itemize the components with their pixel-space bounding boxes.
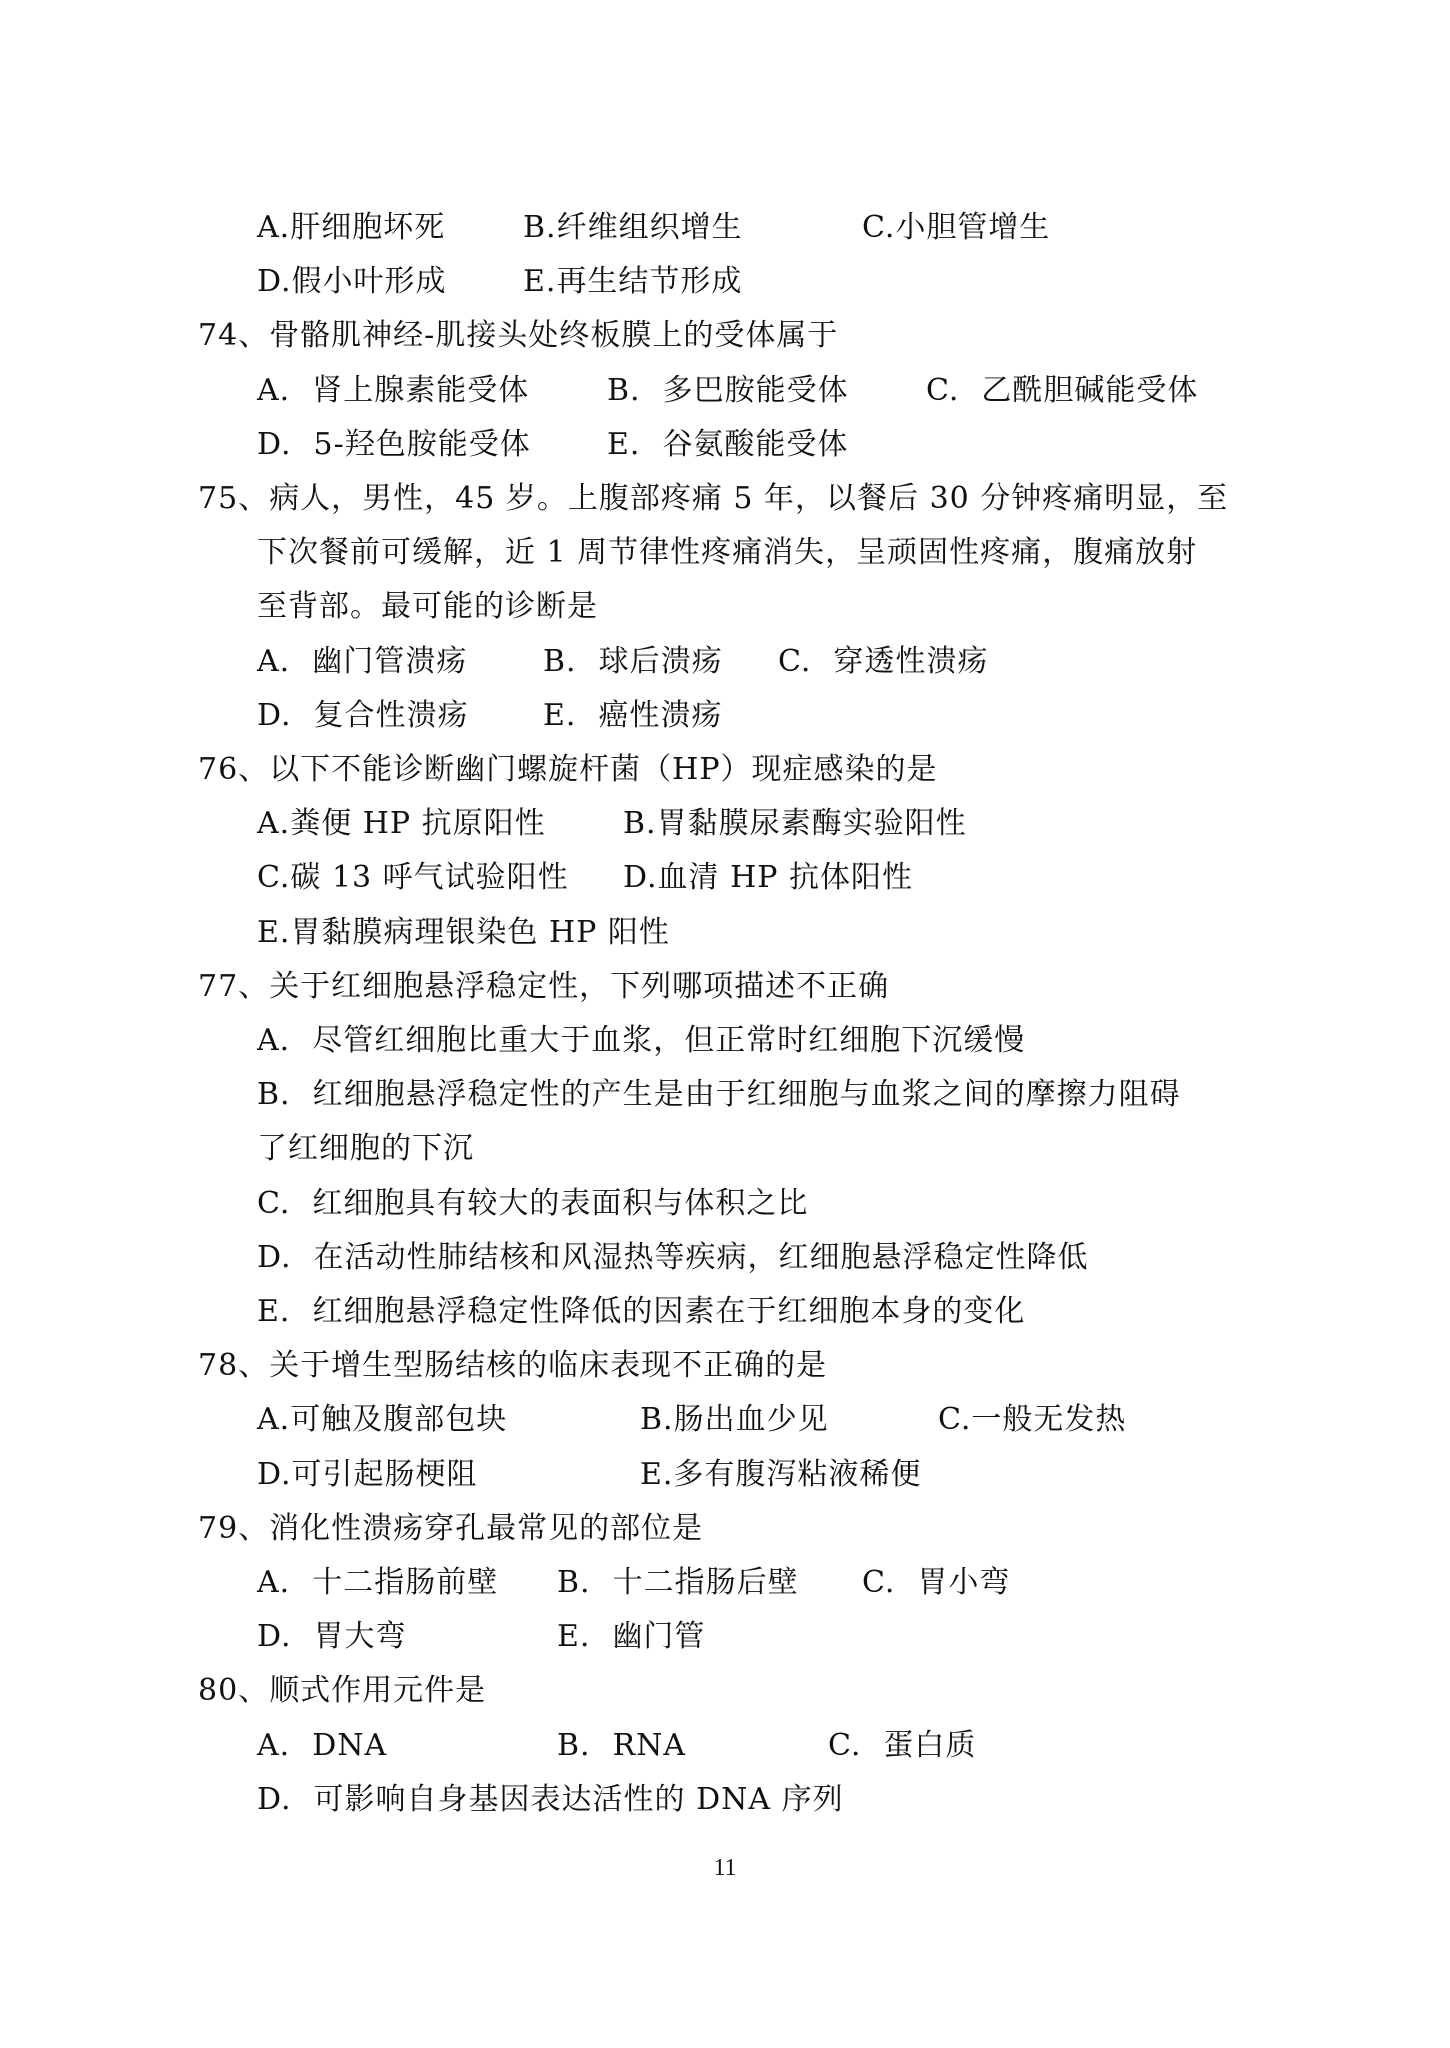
answer-option-d: D.在活动性肺结核和风湿热等疾病，红细胞悬浮稳定性降低 <box>257 1238 1089 1278</box>
question-text: 关于红细胞悬浮稳定性，下列哪项描述不正确 <box>269 969 889 1004</box>
option-label: D. <box>257 1238 292 1278</box>
option-text: 粪便 HP 抗原阳性 <box>290 806 545 841</box>
answer-option-e: E.胃黏膜病理银染色 HP 阳性 <box>257 913 670 953</box>
option-label: D. <box>257 1780 292 1820</box>
option-text: 小胆管增生 <box>895 210 1050 245</box>
options-row: C.碳 13 呼气试验阳性D.血清 HP 抗体阳性 <box>0 858 1450 898</box>
question-number: 77、 <box>198 969 269 1004</box>
options-row: A.肝细胞坏死B.纤维组织增生C.小胆管增生 <box>0 208 1450 248</box>
option-label: A. <box>257 208 290 248</box>
options-row: D.复合性溃疡E.癌性溃疡 <box>0 696 1450 736</box>
option-label: E. <box>257 1292 290 1332</box>
option-text: 十二指肠后壁 <box>613 1565 799 1600</box>
option-label: A. <box>257 804 290 844</box>
option-label: B. <box>557 1563 591 1603</box>
option-label: C. <box>828 1726 861 1766</box>
options-row: A.DNAB.RNAC.蛋白质 <box>0 1726 1450 1766</box>
question-number: 80、 <box>198 1673 269 1708</box>
answer-option-d: D.可影响自身基因表达活性的 DNA 序列 <box>257 1780 844 1820</box>
option-label: E. <box>257 913 290 953</box>
question-stem: 80、顺式作用元件是 <box>198 1671 486 1711</box>
answer-option-c: C.小胆管增生 <box>862 208 1050 248</box>
option-text: 再生结节形成 <box>556 264 742 299</box>
option-text: 胃大弯 <box>314 1619 407 1654</box>
option-label: B. <box>557 1726 591 1766</box>
question-text: 顺式作用元件是 <box>269 1673 486 1708</box>
option-text: 复合性溃疡 <box>314 698 469 733</box>
answer-option-a: A.幽门管溃疡 <box>257 642 467 682</box>
question-number: 76、 <box>198 752 269 787</box>
option-label: B. <box>640 1400 674 1440</box>
option-text: 碳 13 呼气试验阳性 <box>290 860 568 895</box>
answer-option-a: A.DNA <box>257 1726 387 1766</box>
option-text: 多巴胺能受体 <box>663 373 849 408</box>
option-text: 球后溃疡 <box>599 644 723 679</box>
option-label: E. <box>640 1455 673 1495</box>
option-label: B. <box>543 642 577 682</box>
answer-option-c: C.胃小弯 <box>862 1563 1010 1603</box>
option-text: 红细胞具有较大的表面积与体积之比 <box>312 1186 808 1221</box>
answer-option-b: B.十二指肠后壁 <box>557 1563 799 1603</box>
options-row: A.可触及腹部包块B.肠出血少见C.一般无发热 <box>0 1400 1450 1440</box>
answer-option-a: A.十二指肠前壁 <box>257 1563 498 1603</box>
option-text: 血清 HP 抗体阳性 <box>658 860 913 895</box>
options-row: D.胃大弯E.幽门管 <box>0 1617 1450 1657</box>
question-stem: 79、消化性溃疡穿孔最常见的部位是 <box>198 1509 703 1549</box>
question-text: 下次餐前可缓解，近 1 周节律性疼痛消失，呈顽固性疼痛，腹痛放射 <box>257 535 1197 570</box>
options-row: E.红细胞悬浮稳定性降低的因素在于红细胞本身的变化 <box>0 1292 1450 1332</box>
answer-option-e: E.幽门管 <box>557 1617 705 1657</box>
option-label: B. <box>623 804 657 844</box>
question-text: 骨骼肌神经-肌接头处终板膜上的受体属于 <box>269 318 838 353</box>
option-text: RNA <box>613 1728 687 1763</box>
option-label: C. <box>926 371 959 411</box>
options-row: A.粪便 HP 抗原阳性B.胃黏膜尿素酶实验阳性 <box>0 804 1450 844</box>
option-label: B. <box>607 371 641 411</box>
option-text: 乙酰胆碱能受体 <box>981 373 1198 408</box>
exam-page: 11 A.肝细胞坏死B.纤维组织增生C.小胆管增生D.假小叶形成E.再生结节形成… <box>0 0 1450 2048</box>
option-text: 蛋白质 <box>883 1728 976 1763</box>
option-text: 胃黏膜病理银染色 HP 阳性 <box>290 915 669 950</box>
option-text: 癌性溃疡 <box>598 698 722 733</box>
answer-option-b: B.球后溃疡 <box>543 642 723 682</box>
option-text: 幽门管溃疡 <box>312 644 467 679</box>
options-row: D.在活动性肺结核和风湿热等疾病，红细胞悬浮稳定性降低 <box>0 1238 1450 1278</box>
option-label: D. <box>257 696 292 736</box>
option-text: 多有腹泻粘液稀便 <box>673 1457 921 1492</box>
answer-option-b: B.肠出血少见 <box>640 1400 829 1440</box>
answer-option-a: A.尽管红细胞比重大于血浆，但正常时红细胞下沉缓慢 <box>257 1021 1025 1061</box>
option-label: A. <box>257 1400 290 1440</box>
option-label: E. <box>557 1617 590 1657</box>
question-text: 以下不能诊断幽门螺旋杆菌（HP）现症感染的是 <box>269 752 937 787</box>
answer-option-a: A.粪便 HP 抗原阳性 <box>257 804 546 844</box>
option-text: 穿透性溃疡 <box>833 644 988 679</box>
option-label: D. <box>257 262 292 302</box>
options-row: C.红细胞具有较大的表面积与体积之比 <box>0 1184 1450 1224</box>
option-label: D. <box>257 1617 292 1657</box>
answer-option-d: D.胃大弯 <box>257 1617 407 1657</box>
option-text: 尽管红细胞比重大于血浆，但正常时红细胞下沉缓慢 <box>312 1023 1025 1058</box>
question-stem: 78、关于增生型肠结核的临床表现不正确的是 <box>198 1346 827 1386</box>
answer-option-b: B.红细胞悬浮稳定性的产生是由于红细胞与血浆之间的摩擦力阻碍 <box>257 1075 1181 1115</box>
options-row: D.可影响自身基因表达活性的 DNA 序列 <box>0 1780 1450 1820</box>
answer-option-c: C.红细胞具有较大的表面积与体积之比 <box>257 1184 808 1224</box>
answer-option-e: E.多有腹泻粘液稀便 <box>640 1455 921 1495</box>
answer-option-d: D.5-羟色胺能受体 <box>257 425 531 465</box>
option-text: DNA <box>312 1728 387 1763</box>
answer-option-b: B.纤维组织增生 <box>523 208 743 248</box>
options-row: A.肾上腺素能受体B.多巴胺能受体C.乙酰胆碱能受体 <box>0 371 1450 411</box>
question-stem: 75、病人，男性，45 岁。上腹部疼痛 5 年，以餐后 30 分钟疼痛明显，至 <box>198 479 1228 519</box>
answer-option-c: C.穿透性溃疡 <box>778 642 988 682</box>
option-label: E. <box>543 696 576 736</box>
option-label: E. <box>607 425 640 465</box>
options-row: A.十二指肠前壁B.十二指肠后壁C.胃小弯 <box>0 1563 1450 1603</box>
answer-option-a: A.可触及腹部包块 <box>257 1400 507 1440</box>
answer-option-d: D.复合性溃疡 <box>257 696 469 736</box>
answer-option-d: D.血清 HP 抗体阳性 <box>623 858 913 898</box>
option-text: 一般无发热 <box>971 1402 1126 1437</box>
option-text: 肝细胞坏死 <box>290 210 445 245</box>
option-text: 红细胞悬浮稳定性的产生是由于红细胞与血浆之间的摩擦力阻碍 <box>313 1077 1181 1112</box>
option-label: C. <box>938 1400 971 1440</box>
option-text: 幽门管 <box>612 1619 705 1654</box>
answer-option-e: E.癌性溃疡 <box>543 696 722 736</box>
option-text: 胃黏膜尿素酶实验阳性 <box>657 806 967 841</box>
option-label: A. <box>257 371 290 411</box>
option-label: C. <box>257 1184 290 1224</box>
option-label: C. <box>862 1563 895 1603</box>
option-label: A. <box>257 1021 290 1061</box>
option-text: 可引起肠梗阻 <box>292 1457 478 1492</box>
option-label: C. <box>257 858 290 898</box>
option-text: 胃小弯 <box>917 1565 1010 1600</box>
option-label: B. <box>257 1075 291 1115</box>
option-label: D. <box>623 858 658 898</box>
question-stem: 74、骨骼肌神经-肌接头处终板膜上的受体属于 <box>198 316 838 356</box>
option-text: 可影响自身基因表达活性的 DNA 序列 <box>314 1782 844 1817</box>
answer-option-c: C.乙酰胆碱能受体 <box>926 371 1198 411</box>
question-number: 75、 <box>198 481 269 516</box>
option-text: 十二指肠前壁 <box>312 1565 498 1600</box>
answer-option-a: A.肝细胞坏死 <box>257 208 445 248</box>
option-text: 肠出血少见 <box>674 1402 829 1437</box>
answer-option-b: B.RNA <box>557 1726 686 1766</box>
question-number: 79、 <box>198 1511 269 1546</box>
answer-option-b: B.多巴胺能受体 <box>607 371 849 411</box>
answer-option-d: D.可引起肠梗阻 <box>257 1455 478 1495</box>
option-label: D. <box>257 425 292 465</box>
question-text: 至背部。最可能的诊断是 <box>257 589 598 624</box>
option-text: 了红细胞的下沉 <box>257 1131 474 1166</box>
option-label: E. <box>523 262 556 302</box>
question-stem: 76、以下不能诊断幽门螺旋杆菌（HP）现症感染的是 <box>198 750 938 790</box>
option-text: 纤维组织增生 <box>557 210 743 245</box>
option-label: C. <box>862 208 895 248</box>
option-text: 假小叶形成 <box>292 264 447 299</box>
options-row: D.可引起肠梗阻E.多有腹泻粘液稀便 <box>0 1455 1450 1495</box>
question-stem-continuation: 下次餐前可缓解，近 1 周节律性疼痛消失，呈顽固性疼痛，腹痛放射 <box>257 533 1197 573</box>
options-row: D.假小叶形成E.再生结节形成 <box>0 262 1450 302</box>
option-text: 肾上腺素能受体 <box>312 373 529 408</box>
answer-option-c: C.一般无发热 <box>938 1400 1126 1440</box>
answer-option-continuation: 了红细胞的下沉 <box>257 1129 474 1169</box>
option-label: A. <box>257 1563 290 1603</box>
options-row: 了红细胞的下沉 <box>0 1129 1450 1169</box>
option-text: 5-羟色胺能受体 <box>314 427 531 462</box>
answer-option-e: E.谷氨酸能受体 <box>607 425 848 465</box>
answer-option-c: C.蛋白质 <box>828 1726 976 1766</box>
options-row: E.胃黏膜病理银染色 HP 阳性 <box>0 913 1450 953</box>
option-text: 在活动性肺结核和风湿热等疾病，红细胞悬浮稳定性降低 <box>314 1240 1089 1275</box>
answer-option-e: E.再生结节形成 <box>523 262 742 302</box>
page-number: 11 <box>0 1850 1450 1886</box>
question-stem: 77、关于红细胞悬浮稳定性，下列哪项描述不正确 <box>198 967 889 1007</box>
answer-option-e: E.红细胞悬浮稳定性降低的因素在于红细胞本身的变化 <box>257 1292 1025 1332</box>
question-stem-continuation: 至背部。最可能的诊断是 <box>257 587 598 627</box>
option-label: A. <box>257 1726 290 1766</box>
options-row: D.5-羟色胺能受体E.谷氨酸能受体 <box>0 425 1450 465</box>
question-text: 病人，男性，45 岁。上腹部疼痛 5 年，以餐后 30 分钟疼痛明显，至 <box>269 481 1228 516</box>
question-text: 消化性溃疡穿孔最常见的部位是 <box>269 1511 703 1546</box>
option-text: 红细胞悬浮稳定性降低的因素在于红细胞本身的变化 <box>312 1294 1025 1329</box>
question-number: 74、 <box>198 318 269 353</box>
option-label: D. <box>257 1455 292 1495</box>
options-row: B.红细胞悬浮稳定性的产生是由于红细胞与血浆之间的摩擦力阻碍 <box>0 1075 1450 1115</box>
answer-option-c: C.碳 13 呼气试验阳性 <box>257 858 569 898</box>
answer-option-a: A.肾上腺素能受体 <box>257 371 529 411</box>
option-label: A. <box>257 642 290 682</box>
question-number: 78、 <box>198 1348 269 1383</box>
options-row: A.尽管红细胞比重大于血浆，但正常时红细胞下沉缓慢 <box>0 1021 1450 1061</box>
option-text: 可触及腹部包块 <box>290 1402 507 1437</box>
option-label: B. <box>523 208 557 248</box>
answer-option-d: D.假小叶形成 <box>257 262 447 302</box>
question-text: 关于增生型肠结核的临床表现不正确的是 <box>269 1348 827 1383</box>
option-label: C. <box>778 642 811 682</box>
answer-option-b: B.胃黏膜尿素酶实验阳性 <box>623 804 967 844</box>
options-row: A.幽门管溃疡B.球后溃疡C.穿透性溃疡 <box>0 642 1450 682</box>
option-text: 谷氨酸能受体 <box>662 427 848 462</box>
